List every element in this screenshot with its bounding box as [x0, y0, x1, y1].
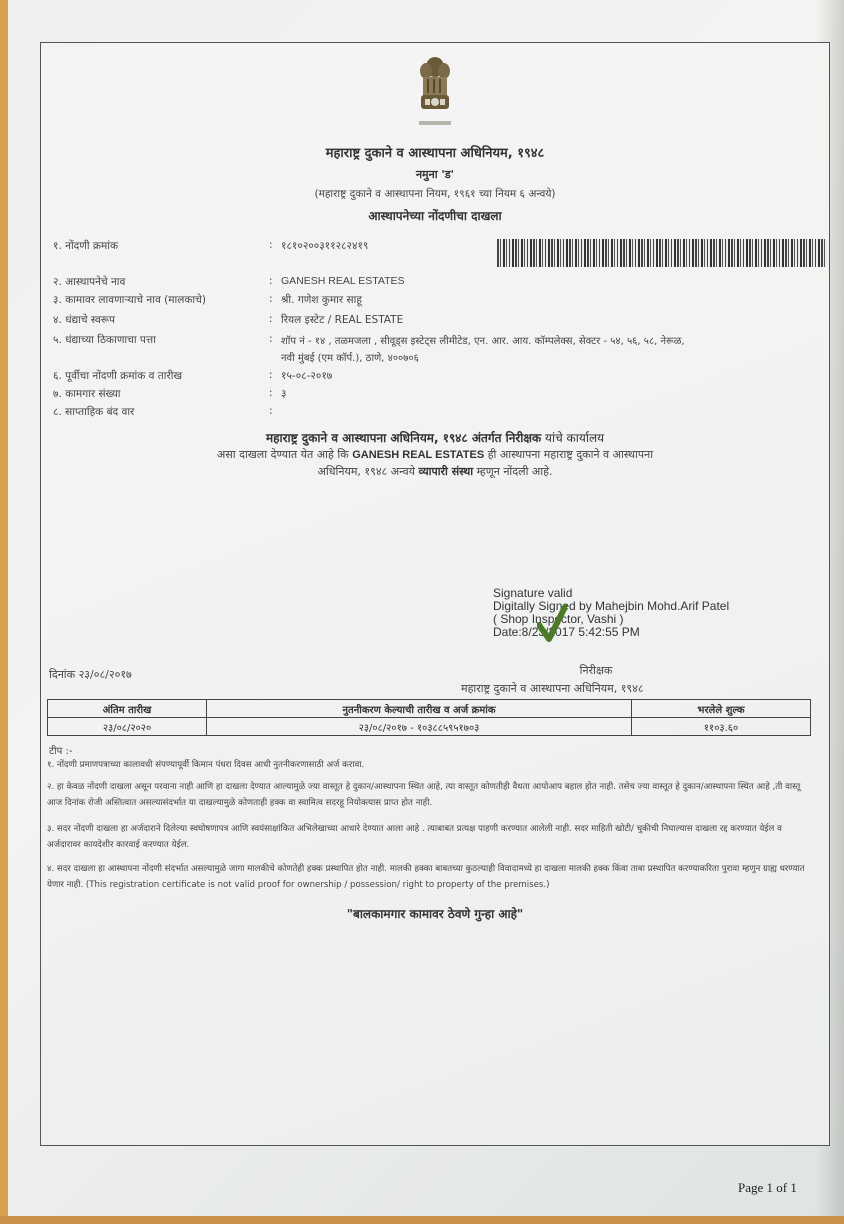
certificate-document: महाराष्ट्र दुकाने व आस्थापना अधिनियम, १९…: [40, 42, 830, 1146]
office-heading-rest: यांचे कार्यालय: [541, 431, 604, 445]
field-value-business-address-line2: नवी मुंबई (एम कॉर्प.), ठाणे, ४००७०६: [281, 350, 419, 364]
statement-text: म्हणून नोंदली आहे.: [473, 465, 552, 478]
page-number: Page 1 of 1: [738, 1180, 797, 1196]
field-value-business-nature: रियल इस्टेट / REAL ESTATE: [281, 313, 403, 327]
field-label-previous-registration: ६. पूर्वीचा नोंदणी क्रमांक व तारीख: [53, 369, 182, 383]
field-colon: :: [269, 275, 273, 287]
statement-category: व्यापारी संस्था: [418, 465, 473, 478]
barcode: [497, 239, 827, 267]
cell-fee-paid: ११०३.६०: [632, 718, 811, 736]
signature-date: Date:8/23/2017 5:42:55 PM: [493, 626, 729, 639]
field-colon: :: [269, 369, 273, 381]
field-value-employer-name: श्री. गणेश कुमार साहू: [281, 293, 362, 307]
act-title: महाराष्ट्र दुकाने व आस्थापना अधिनियम, १९…: [41, 143, 829, 161]
office-statement-line2: असा दाखला देण्यात येत आहे कि GANESH REAL…: [41, 447, 829, 462]
child-labour-slogan: "बालकामगार कामावर ठेवणे गुन्हा आहे": [41, 905, 829, 922]
statement-text: असा दाखला देण्यात येत आहे कि: [217, 448, 352, 461]
field-label-registration-number: १. नोंदणी क्रमांक: [53, 239, 118, 253]
national-emblem-icon: [413, 55, 457, 133]
office-heading-bold: महाराष्ट्र दुकाने व आस्थापना अधिनियम, १९…: [266, 431, 541, 445]
statement-text: ही आस्थापना महाराष्ट्र दुकाने व आस्थापना: [484, 448, 653, 461]
field-colon: :: [269, 293, 273, 305]
office-heading: महाराष्ट्र दुकाने व आस्थापना अधिनियम, १९…: [41, 429, 829, 446]
field-label-weekly-off: ८. साप्ताहिक बंद वार: [53, 405, 134, 419]
statement-text: अधिनियम, १९४८ अन्वये: [317, 465, 418, 478]
cell-renewal-date-application: २३/०८/२०१७ - १०३८८५९५१७०३: [207, 718, 632, 736]
column-header-fee-paid: भरलेले शुल्क: [632, 700, 811, 718]
field-label-worker-count: ७. कामगार संख्या: [53, 387, 121, 401]
certificate-title: आस्थापनेच्या नोंदणीचा दाखला: [41, 207, 829, 224]
frame-bottom-edge: [0, 1216, 844, 1224]
inspector-subtitle: महाराष्ट्र दुकाने व आस्थापना अधिनियम, १९…: [461, 681, 644, 696]
field-colon: :: [269, 405, 273, 417]
field-value-previous-registration: १५-०८-२०१७: [281, 369, 332, 383]
note-item-3: ३. सदर नोंदणी दाखला हा अर्जदाराने दिलेल्…: [47, 821, 817, 853]
field-value-business-address: शॉप नं - १४ , तळमजला , सीवूड्स इस्टेट्स …: [281, 333, 685, 347]
inspector-title: निरीक्षक: [521, 663, 671, 678]
field-label-employer-name: ३. कामावर लावणाऱ्याचे नाव (मालकाचे): [53, 293, 206, 307]
cell-expiry-date: २३/०८/२०२०: [48, 718, 207, 736]
note-item-2: २. हा केवळ नोंदणी दाखला असून परवाना नाही…: [47, 779, 817, 811]
statement-establishment-name: GANESH REAL ESTATES: [352, 449, 484, 461]
column-header-expiry-date: अंतिम तारीख: [48, 700, 207, 718]
note-item-1: १. नोंदणी प्रमाणपत्राच्या कालावधी संपण्य…: [47, 757, 817, 773]
digital-signature-block: Signature valid Digitally Signed by Mahe…: [493, 587, 729, 639]
field-value-worker-count: ३: [281, 387, 286, 401]
table-header-row: अंतिम तारीख नुतनीकरण केल्याची तारीख व अर…: [48, 700, 811, 718]
field-label-business-nature: ४. धंद्याचे स्वरूप: [53, 313, 115, 327]
table-row: २३/०८/२०२० २३/०८/२०१७ - १०३८८५९५१७०३ ११०…: [48, 718, 811, 736]
form-name: नमुना 'ड': [41, 167, 829, 182]
field-value-registration-number: १८१०२००३११२८२४१९: [281, 239, 368, 253]
notes-heading: टीप :-: [49, 743, 72, 757]
column-header-renewal-date-application: नुतनीकरण केल्याची तारीख व अर्ज क्रमांक: [207, 700, 632, 718]
field-colon: :: [269, 239, 273, 251]
signature-valid-check-icon: [537, 603, 567, 643]
issue-date: दिनांक २३/०८/२०१७: [49, 667, 132, 682]
field-colon: :: [269, 387, 273, 399]
field-label-establishment-name: २. आस्थापनेचे नाव: [53, 275, 125, 289]
field-label-business-address: ५. धंद्याच्या ठिकाणाचा पत्ता: [53, 333, 156, 347]
field-value-establishment-name: GANESH REAL ESTATES: [281, 275, 405, 287]
field-colon: :: [269, 333, 273, 345]
note-item-4: ४. सदर दाखला हा आस्थापना नोंदणी संदर्भात…: [47, 861, 817, 893]
field-colon: :: [269, 313, 273, 325]
office-statement-line3: अधिनियम, १९४८ अन्वये व्यापारी संस्था म्ह…: [41, 464, 829, 479]
renewal-table: अंतिम तारीख नुतनीकरण केल्याची तारीख व अर…: [47, 699, 811, 736]
rule-reference: (महाराष्ट्र दुकाने व आस्थापना नियम, १९६१…: [41, 187, 829, 201]
